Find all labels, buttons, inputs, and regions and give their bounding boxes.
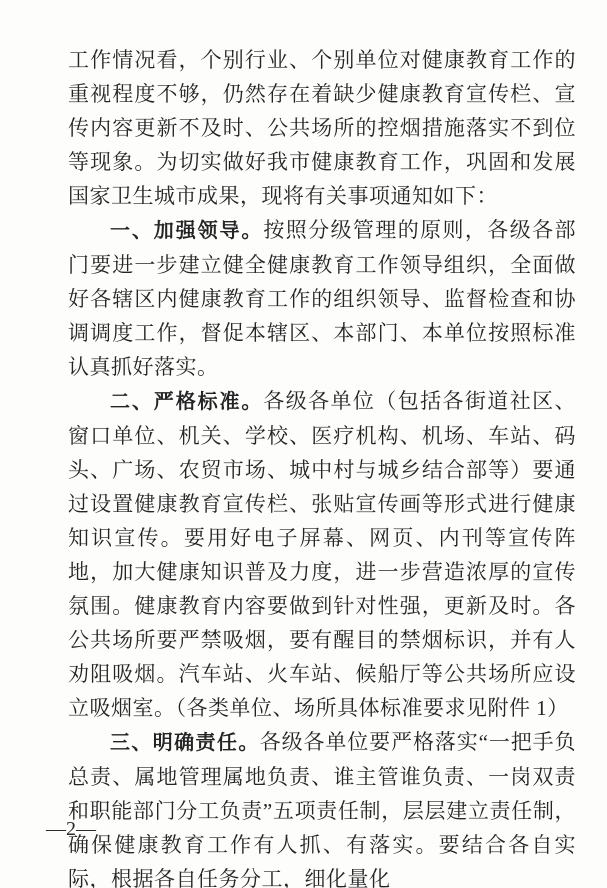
document-body: 工作情况看，个别行业、个别单位对健康教育工作的重视程度不够，仍然存在着缺少健康教… (68, 43, 576, 888)
page-number: —2— (46, 818, 96, 841)
document-page: 工作情况看，个别行业、个别单位对健康教育工作的重视程度不够，仍然存在着缺少健康教… (0, 0, 607, 888)
paragraph: 三、明确责任。各级各单位要严格落实“一把手负总责、属地管理属地负责、谁主管谁负责… (68, 725, 576, 888)
paragraph: 二、严格标准。各级各单位（包括各街道社区、窗口单位、机关、学校、医疗机构、机场、… (68, 384, 576, 725)
section-heading: 一、加强领导。 (110, 220, 263, 242)
paragraph: 工作情况看，个别行业、个别单位对健康教育工作的重视程度不够，仍然存在着缺少健康教… (68, 43, 576, 213)
paragraph: 一、加强领导。按照分级管理的原则，各级各部门要进一步建立健全健康教育工作领导组织… (68, 213, 576, 384)
section-heading: 二、严格标准。 (110, 391, 263, 413)
section-heading: 三、明确责任。 (110, 732, 260, 754)
